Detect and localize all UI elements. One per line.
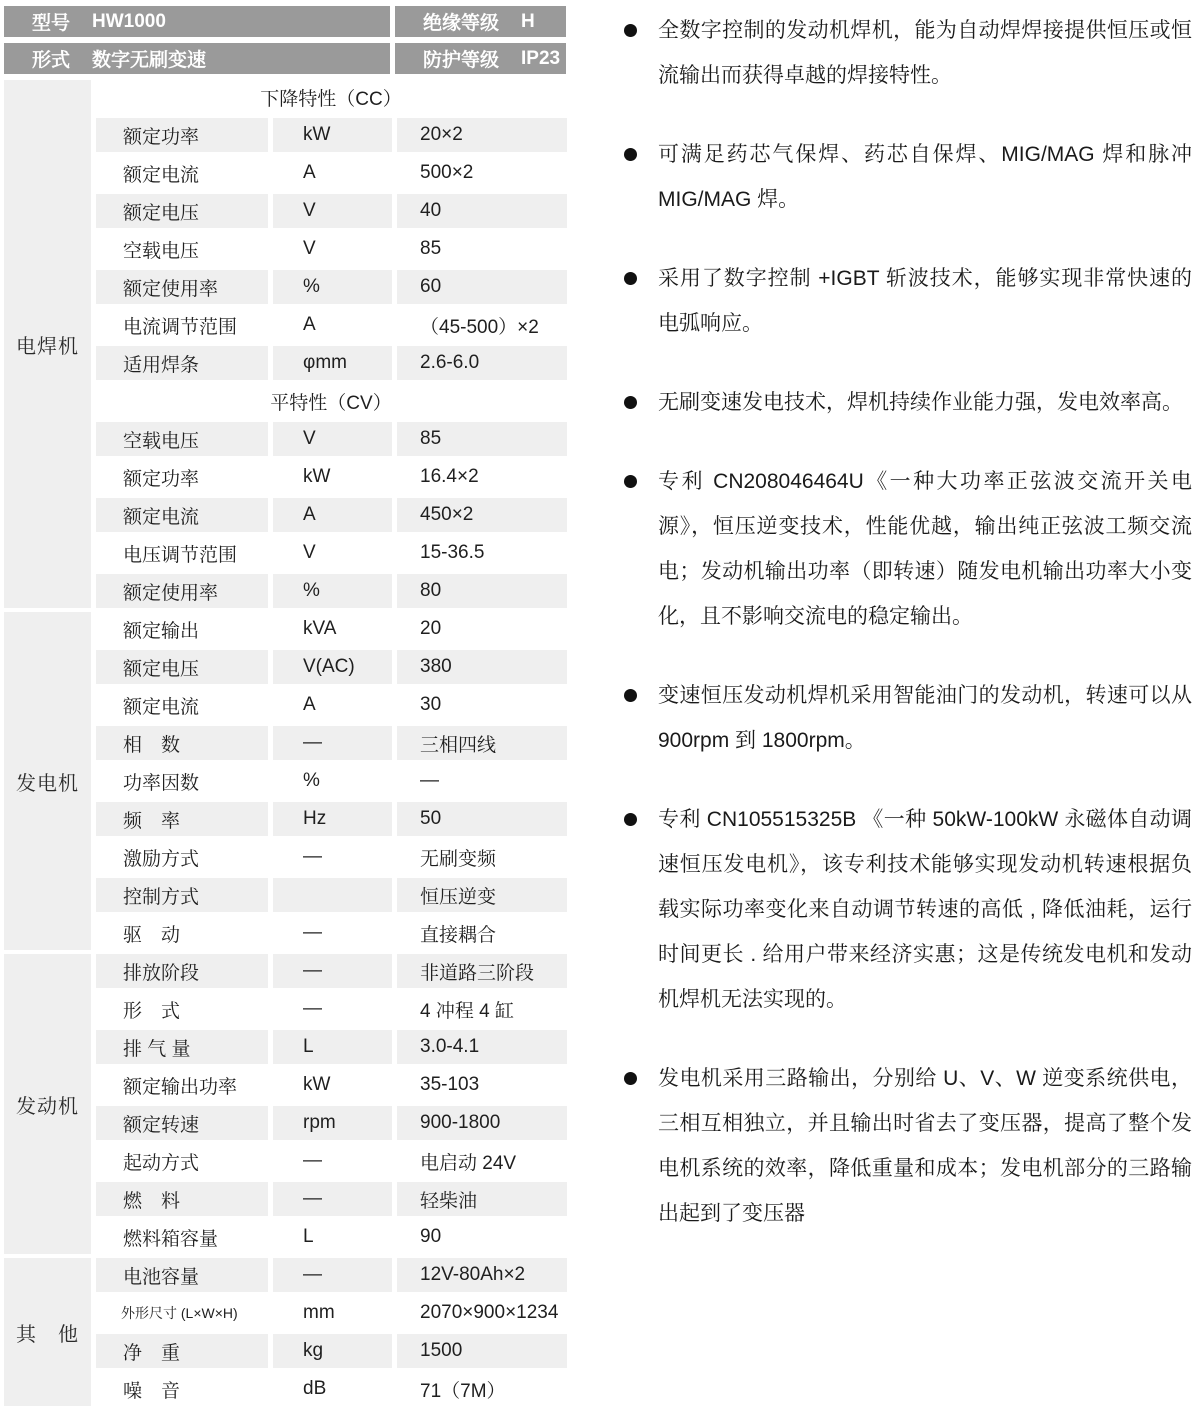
spec-value-cell: 80 [397,574,567,608]
spec-value-cell: 12V-80Ah×2 [397,1258,567,1292]
spec-unit-cell: V [273,232,392,266]
feature-text: 无刷变速发电技术，焊机持续作业能力强，发电效率高。 [658,380,1183,425]
section-label: 电焊机 [4,80,91,608]
spec-label-cell: 频 率 [96,802,268,836]
spec-row: 额定输出kVA20 [96,612,566,646]
spec-unit-cell: — [273,1144,392,1178]
spec-value-cell: 20 [397,612,567,646]
spec-value-cell: 4 冲程 4 缸 [397,992,567,1026]
bullet-icon [624,1072,637,1085]
spec-row: 排放阶段—非道路三阶段 [96,954,566,988]
spec-unit-cell: dB [273,1372,392,1406]
spec-label-cell: 额定电流 [96,688,268,722]
bullet-icon [624,24,637,37]
protection-label: 防护等级 [423,45,499,72]
feature-text: 采用了数字控制 +IGBT 斩波技术，能够实现非常快速的电弧响应。 [658,256,1192,346]
spec-value-cell: 2070×900×1234 [397,1296,567,1330]
spec-unit-cell: — [273,1258,392,1292]
spec-row: 功率因数%— [96,764,566,798]
spec-row: 净 重kg1500 [96,1334,566,1368]
bullet-icon [624,148,637,161]
feature-text: 发电机采用三路输出，分别给 U、V、W 逆变系统供电，三相互相独立，并且输出时省… [658,1056,1192,1236]
spec-label-cell: 形 式 [96,992,268,1026]
section-label: 发动机 [4,954,91,1254]
section-label: 其 他 [4,1258,91,1406]
spec-label-cell: 空载电压 [96,422,268,456]
spec-unit-cell: V [273,536,392,570]
spec-sheet-page: 型号 HW1000 绝缘等级 H 形式 数字无刷变速 防护等级 IP23 电焊机… [0,0,1200,1420]
feature-item: 变速恒压发动机焊机采用智能油门的发动机，转速可以从 900rpm 到 1800r… [624,673,1192,763]
spec-value-cell: 85 [397,422,567,456]
spec-row: 噪 音dB71（7M） [96,1372,566,1406]
spec-value-cell: 16.4×2 [397,460,567,494]
feature-text: 专利 CN105515325B 《一种 50kW-100kW 永磁体自动调速恒压… [658,797,1192,1022]
spec-label-cell: 额定使用率 [96,270,268,304]
spec-value-cell: 直接耦合 [397,916,567,950]
feature-item: 专利 CN208046464U《一种大功率正弦波交流开关电源》，恒压逆变技术，性… [624,459,1192,639]
spec-label-cell: 激励方式 [96,840,268,874]
bullet-icon [624,813,637,826]
spec-row: 燃 料—轻柴油 [96,1182,566,1216]
spec-row: 排 气 量L3.0-4.1 [96,1030,566,1064]
spec-unit-cell: — [273,840,392,874]
spec-row: 驱 动—直接耦合 [96,916,566,950]
spec-value-cell: 15-36.5 [397,536,567,570]
spec-unit-cell: — [273,726,392,760]
section-column: 电焊机发电机发动机其 他 [4,80,91,1410]
bullet-icon [624,396,637,409]
spec-label-cell: 排 气 量 [96,1030,268,1064]
spec-value-cell: 40 [397,194,567,228]
spec-label-cell: 空载电压 [96,232,268,266]
spec-unit-cell: V [273,422,392,456]
spec-value-cell: 3.0-4.1 [397,1030,567,1064]
protection-header-cell: 防护等级 IP23 [395,43,566,74]
spec-label-cell: 额定电压 [96,650,268,684]
spec-unit-cell: A [273,498,392,532]
spec-label-cell: 燃 料 [96,1182,268,1216]
spec-label-cell: 额定电流 [96,498,268,532]
spec-value-cell: 71（7M） [397,1372,567,1406]
model-value: HW1000 [92,11,166,33]
spec-label-cell: 额定电压 [96,194,268,228]
spec-label-cell: 适用焊条 [96,346,268,380]
feature-item: 可满足药芯气保焊、药芯自保焊、MIG/MAG 焊和脉冲 MIG/MAG 焊。 [624,132,1192,222]
spec-value-cell: 85 [397,232,567,266]
spec-value-cell: 恒压逆变 [397,878,567,912]
spec-unit-cell: φmm [273,346,392,380]
spec-row: 额定功率kW16.4×2 [96,460,566,494]
spec-value-cell: 450×2 [397,498,567,532]
spec-label-cell: 排放阶段 [96,954,268,988]
spec-row: 频 率Hz50 [96,802,566,836]
spec-unit-cell: kW [273,460,392,494]
spec-row: 控制方式恒压逆变 [96,878,566,912]
spec-row: 额定使用率%80 [96,574,566,608]
spec-value-cell: 1500 [397,1334,567,1368]
subsection-header: 平特性（CV） [96,384,566,418]
spec-row: 额定电流A30 [96,688,566,722]
spec-row: 外形尺寸 (L×W×H)mm2070×900×1234 [96,1296,566,1330]
spec-label-cell: 额定电流 [96,156,268,190]
spec-row: 相 数—三相四线 [96,726,566,760]
type-header-cell: 形式 数字无刷变速 [4,43,390,74]
spec-label-cell: 功率因数 [96,764,268,798]
feature-list: 全数字控制的发动机焊机，能为自动焊焊接提供恒压或恒流输出而获得卓越的焊接特性。可… [624,8,1192,1270]
spec-unit-cell: kVA [273,612,392,646]
spec-label-cell: 净 重 [96,1334,268,1368]
spec-value-cell: 轻柴油 [397,1182,567,1216]
spec-value-cell: 30 [397,688,567,722]
spec-row: 形 式—4 冲程 4 缸 [96,992,566,1026]
spec-row: 额定转速rpm900-1800 [96,1106,566,1140]
spec-unit-cell [273,878,392,912]
feature-item: 专利 CN105515325B 《一种 50kW-100kW 永磁体自动调速恒压… [624,797,1192,1022]
spec-row: 激励方式—无刷变频 [96,840,566,874]
feature-text: 变速恒压发动机焊机采用智能油门的发动机，转速可以从 900rpm 到 1800r… [658,673,1192,763]
spec-unit-cell: kW [273,118,392,152]
spec-unit-cell: % [273,270,392,304]
spec-row: 额定电压V(AC)380 [96,650,566,684]
spec-unit-cell: L [273,1220,392,1254]
spec-value-cell: 380 [397,650,567,684]
spec-unit-cell: % [273,764,392,798]
feature-item: 发电机采用三路输出，分别给 U、V、W 逆变系统供电，三相互相独立，并且输出时省… [624,1056,1192,1236]
spec-unit-cell: kg [273,1334,392,1368]
type-label: 形式 [32,45,70,72]
spec-label-cell: 相 数 [96,726,268,760]
spec-unit-cell: Hz [273,802,392,836]
spec-row: 额定电流A450×2 [96,498,566,532]
spec-row: 电压调节范围V15-36.5 [96,536,566,570]
feature-item: 采用了数字控制 +IGBT 斩波技术，能够实现非常快速的电弧响应。 [624,256,1192,346]
spec-row: 额定功率kW20×2 [96,118,566,152]
spec-row: 额定使用率%60 [96,270,566,304]
spec-row: 空载电压V85 [96,232,566,266]
feature-text: 全数字控制的发动机焊机，能为自动焊焊接提供恒压或恒流输出而获得卓越的焊接特性。 [658,8,1192,98]
spec-value-cell: 90 [397,1220,567,1254]
model-label: 型号 [32,8,70,35]
spec-value-cell: 900-1800 [397,1106,567,1140]
spec-label-cell: 外形尺寸 (L×W×H) [96,1296,268,1330]
spec-label-cell: 起动方式 [96,1144,268,1178]
spec-value-cell: — [397,764,567,798]
spec-unit-cell: — [273,954,392,988]
spec-row: 燃料箱容量L90 [96,1220,566,1254]
spec-row: 额定输出功率kW35-103 [96,1068,566,1102]
rows-column: 下降特性（CC）额定功率kW20×2额定电流A500×2额定电压V40空载电压V… [96,80,566,1410]
spec-label-cell: 额定输出功率 [96,1068,268,1102]
feature-text: 专利 CN208046464U《一种大功率正弦波交流开关电源》，恒压逆变技术，性… [658,459,1192,639]
model-header-cell: 型号 HW1000 [4,6,390,37]
spec-label-cell: 电压调节范围 [96,536,268,570]
spec-row: 电流调节范围A（45-500）×2 [96,308,566,342]
spec-label-cell: 噪 音 [96,1372,268,1406]
spec-value-cell: 35-103 [397,1068,567,1102]
spec-value-cell: 非道路三阶段 [397,954,567,988]
spec-value-cell: 20×2 [397,118,567,152]
spec-label-cell: 电池容量 [96,1258,268,1292]
spec-value-cell: 60 [397,270,567,304]
spec-label-cell: 额定使用率 [96,574,268,608]
spec-unit-cell: L [273,1030,392,1064]
spec-unit-cell: rpm [273,1106,392,1140]
spec-unit-cell: — [273,992,392,1026]
table-header-row-1: 型号 HW1000 绝缘等级 H [4,6,566,37]
spec-unit-cell: A [273,308,392,342]
spec-table: 型号 HW1000 绝缘等级 H 形式 数字无刷变速 防护等级 IP23 电焊机… [4,6,566,1410]
bullet-icon [624,689,637,702]
spec-value-cell: 500×2 [397,156,567,190]
spec-unit-cell: V [273,194,392,228]
spec-row: 额定电压V40 [96,194,566,228]
spec-value-cell: 电启动 24V [397,1144,567,1178]
feature-item: 无刷变速发电技术，焊机持续作业能力强，发电效率高。 [624,380,1192,425]
subsection-header: 下降特性（CC） [96,80,566,114]
spec-unit-cell: A [273,688,392,722]
spec-row: 适用焊条φmm2.6-6.0 [96,346,566,380]
insulation-header-cell: 绝缘等级 H [395,6,566,37]
spec-row: 额定电流A500×2 [96,156,566,190]
spec-unit-cell: — [273,1182,392,1216]
spec-row: 空载电压V85 [96,422,566,456]
section-label: 发电机 [4,612,91,950]
spec-unit-cell: mm [273,1296,392,1330]
spec-label-cell: 控制方式 [96,878,268,912]
table-header-row-2: 形式 数字无刷变速 防护等级 IP23 [4,43,566,74]
spec-label-cell: 额定功率 [96,118,268,152]
spec-label-cell: 燃料箱容量 [96,1220,268,1254]
spec-value-cell: 三相四线 [397,726,567,760]
bullet-icon [624,475,637,488]
spec-label-cell: 额定转速 [96,1106,268,1140]
spec-label-cell: 额定功率 [96,460,268,494]
protection-value: IP23 [521,48,560,70]
spec-value-cell: （45-500）×2 [397,308,567,342]
spec-unit-cell: A [273,156,392,190]
spec-unit-cell: kW [273,1068,392,1102]
spec-row: 电池容量—12V-80Ah×2 [96,1258,566,1292]
spec-unit-cell: % [273,574,392,608]
feature-text: 可满足药芯气保焊、药芯自保焊、MIG/MAG 焊和脉冲 MIG/MAG 焊。 [658,132,1192,222]
bullet-icon [624,272,637,285]
spec-label-cell: 额定输出 [96,612,268,646]
feature-item: 全数字控制的发动机焊机，能为自动焊焊接提供恒压或恒流输出而获得卓越的焊接特性。 [624,8,1192,98]
insulation-value: H [521,11,535,33]
spec-value-cell: 2.6-6.0 [397,346,567,380]
spec-unit-cell: — [273,916,392,950]
insulation-label: 绝缘等级 [423,8,499,35]
spec-unit-cell: V(AC) [273,650,392,684]
spec-label-cell: 电流调节范围 [96,308,268,342]
type-value: 数字无刷变速 [92,45,206,72]
spec-row: 起动方式—电启动 24V [96,1144,566,1178]
spec-value-cell: 50 [397,802,567,836]
spec-table-body: 电焊机发电机发动机其 他 下降特性（CC）额定功率kW20×2额定电流A500×… [4,80,566,1410]
spec-value-cell: 无刷变频 [397,840,567,874]
spec-label-cell: 驱 动 [96,916,268,950]
